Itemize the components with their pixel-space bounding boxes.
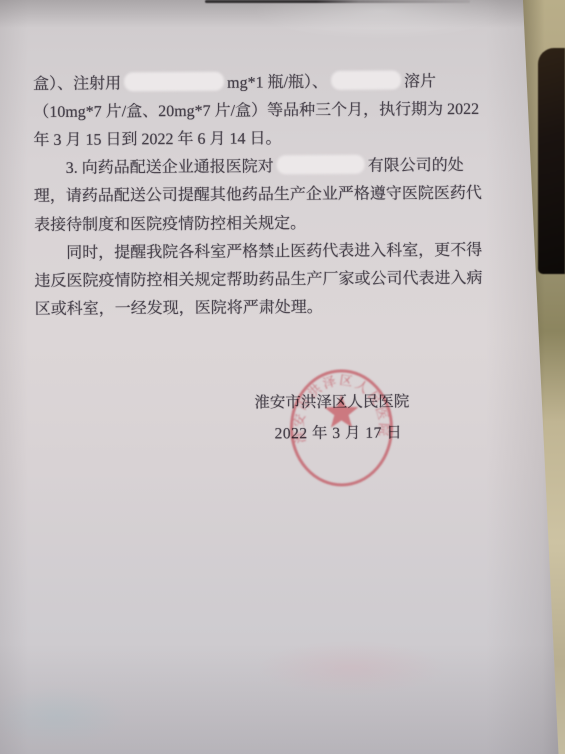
signature-date: 2022 年 3 月 17 日 [274, 420, 402, 443]
text-line: 年 3 月 15 日到 2022 年 6 月 14 日。 [33, 121, 493, 152]
text-line: 同时，提醒我院各科室严格禁止医药代表进入科室，更不得 [34, 234, 494, 265]
redaction-blur [331, 70, 401, 89]
text-line: 盒）、注射用mg*1 瓶/瓶）、溶片 [33, 65, 493, 96]
text-segment: 有限公司的处 [368, 152, 464, 176]
dark-object [538, 48, 565, 274]
redaction-blur [277, 155, 365, 175]
text-segment: 同时，提醒我院各科室严格禁止医药代表进入科室，更不得 [66, 237, 482, 263]
text-line: 区或科室，一经发现，医院将严肃处理。 [35, 290, 495, 321]
text-segment: 溶片 [404, 68, 436, 91]
text-segment: 违反医院疫情防控相关规定帮助药品生产厂家或公司代表进入病 [34, 265, 482, 291]
text-line: （10mg*7 片/盒、20mg*7 片/盒）等品种三个月，执行期为 2022 [33, 93, 493, 124]
document-body: 盒）、注射用mg*1 瓶/瓶）、溶片（10mg*7 片/盒、20mg*7 片/盒… [33, 65, 495, 322]
text-line: 理，请药品配送公司提醒其他药品生产企业严格遵守医院医药代 [34, 178, 494, 209]
text-line: 3. 向药品配送企业通报医院对有限公司的处 [34, 149, 494, 180]
text-segment: 理，请药品配送公司提醒其他药品生产企业严格遵守医院医药代 [34, 180, 482, 206]
text-segment: 3. 向药品配送企业通报医院对 [66, 154, 274, 178]
text-segment: 表接待制度和医院疫情防控相关规定。 [34, 210, 306, 235]
text-segment: 年 3 月 15 日到 2022 年 6 月 14 日。 [33, 125, 281, 150]
redaction-blur [124, 71, 224, 91]
hospital-signature: 淮安市洪泽区人民医院 [254, 389, 409, 412]
document-photo: 盒）、注射用mg*1 瓶/瓶）、溶片（10mg*7 片/盒、20mg*7 片/盒… [0, 0, 565, 754]
text-segment: mg*1 瓶/瓶）、 [227, 69, 328, 93]
photo-of-document: { "document": { "body_lines": [ {"indent… [0, 0, 565, 754]
text-line: 表接待制度和医院疫情防控相关规定。 [34, 206, 494, 237]
text-line: 违反医院疫情防控相关规定帮助药品生产厂家或公司代表进入病 [34, 262, 494, 293]
document-content: 盒）、注射用mg*1 瓶/瓶）、溶片（10mg*7 片/盒、20mg*7 片/盒… [0, 0, 565, 754]
text-segment: 盒）、注射用 [33, 70, 121, 94]
text-segment: 区或科室，一经发现，医院将严肃处理。 [35, 294, 323, 319]
text-segment: （10mg*7 片/盒、20mg*7 片/盒）等品种三个月，执行期为 2022 [33, 96, 479, 122]
